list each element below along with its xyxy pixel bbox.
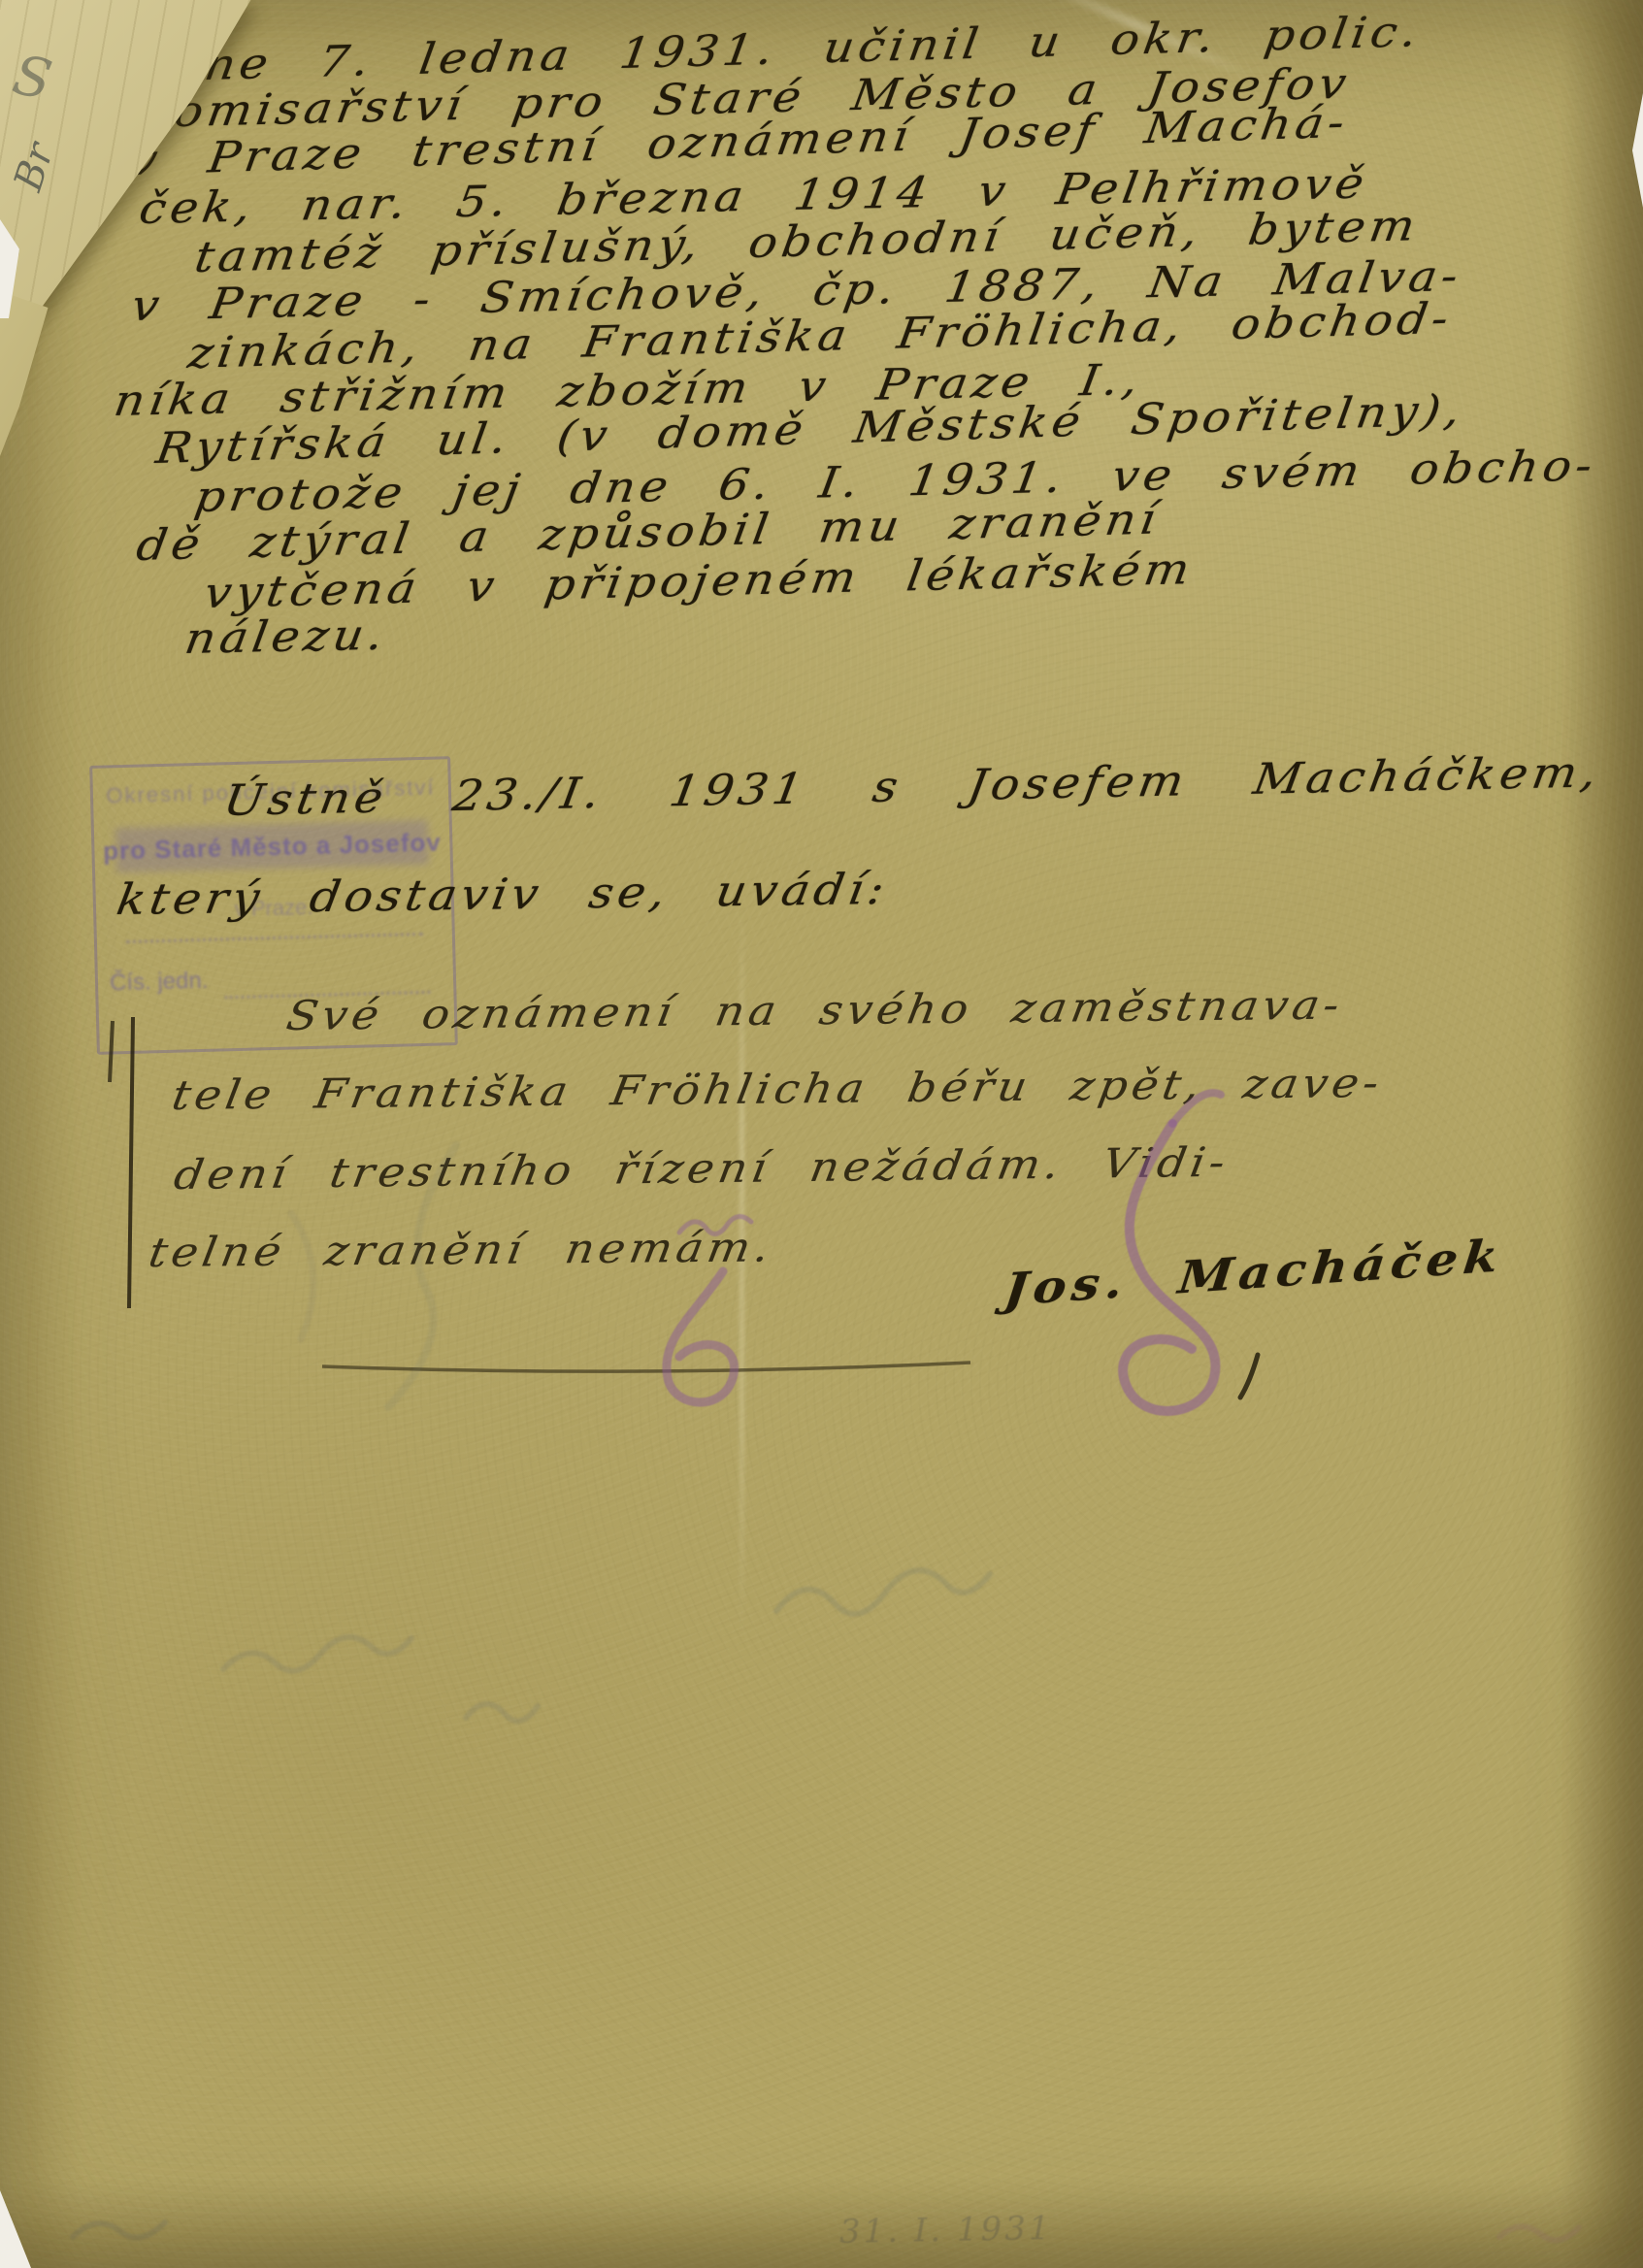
statement-line-1: Své oznámení na svého zaměstnava-	[283, 981, 1347, 1039]
ghost-date-stamp: 31. I. 1931	[839, 2209, 1053, 2252]
interview-intro-line: který dostaviv se, uvádí:	[114, 865, 892, 925]
violet-loop	[667, 1271, 735, 1402]
paper-tear-bottom-left	[0, 2190, 31, 2268]
corner-scribble-2: S	[8, 44, 57, 114]
bleedthrough-squiggle-5	[1499, 2226, 1579, 2240]
bleedthrough-squiggle-3	[466, 1704, 538, 1721]
stamp-file-number-label: Čís. jedn.	[110, 968, 209, 998]
bleedthrough-squiggle-4	[73, 2222, 165, 2238]
bleedthrough-squiggle-2	[223, 1637, 411, 1671]
signature: Jos. Macháček	[1002, 1230, 1506, 1316]
torn-corner-underlayer	[0, 291, 87, 456]
stamp-dotted-line	[126, 933, 423, 943]
corner-scribble-3: Br	[6, 138, 63, 196]
bleedthrough-squiggle-1	[776, 1570, 990, 1614]
statement-line-2: tele Františka Fröhlicha béřu zpět, zave…	[169, 1059, 1387, 1119]
statement-line-4: telné zranění nemám.	[146, 1223, 777, 1276]
margin-line	[129, 1017, 133, 1308]
paper-tear-right	[1632, 93, 1643, 208]
handwritten-line-13: nálezu.	[181, 610, 391, 664]
signature-tick	[1240, 1355, 1258, 1397]
scanned-document-page: Okresní policejní komisařství pro Staré …	[0, 0, 1643, 2268]
paper-tear-left	[0, 219, 19, 318]
corner-scribble-1: dopr	[146, 0, 202, 1]
closing-rule	[322, 1363, 970, 1371]
statement-line-3: dení trestního řízení nežádám. Vidi-	[171, 1138, 1232, 1199]
